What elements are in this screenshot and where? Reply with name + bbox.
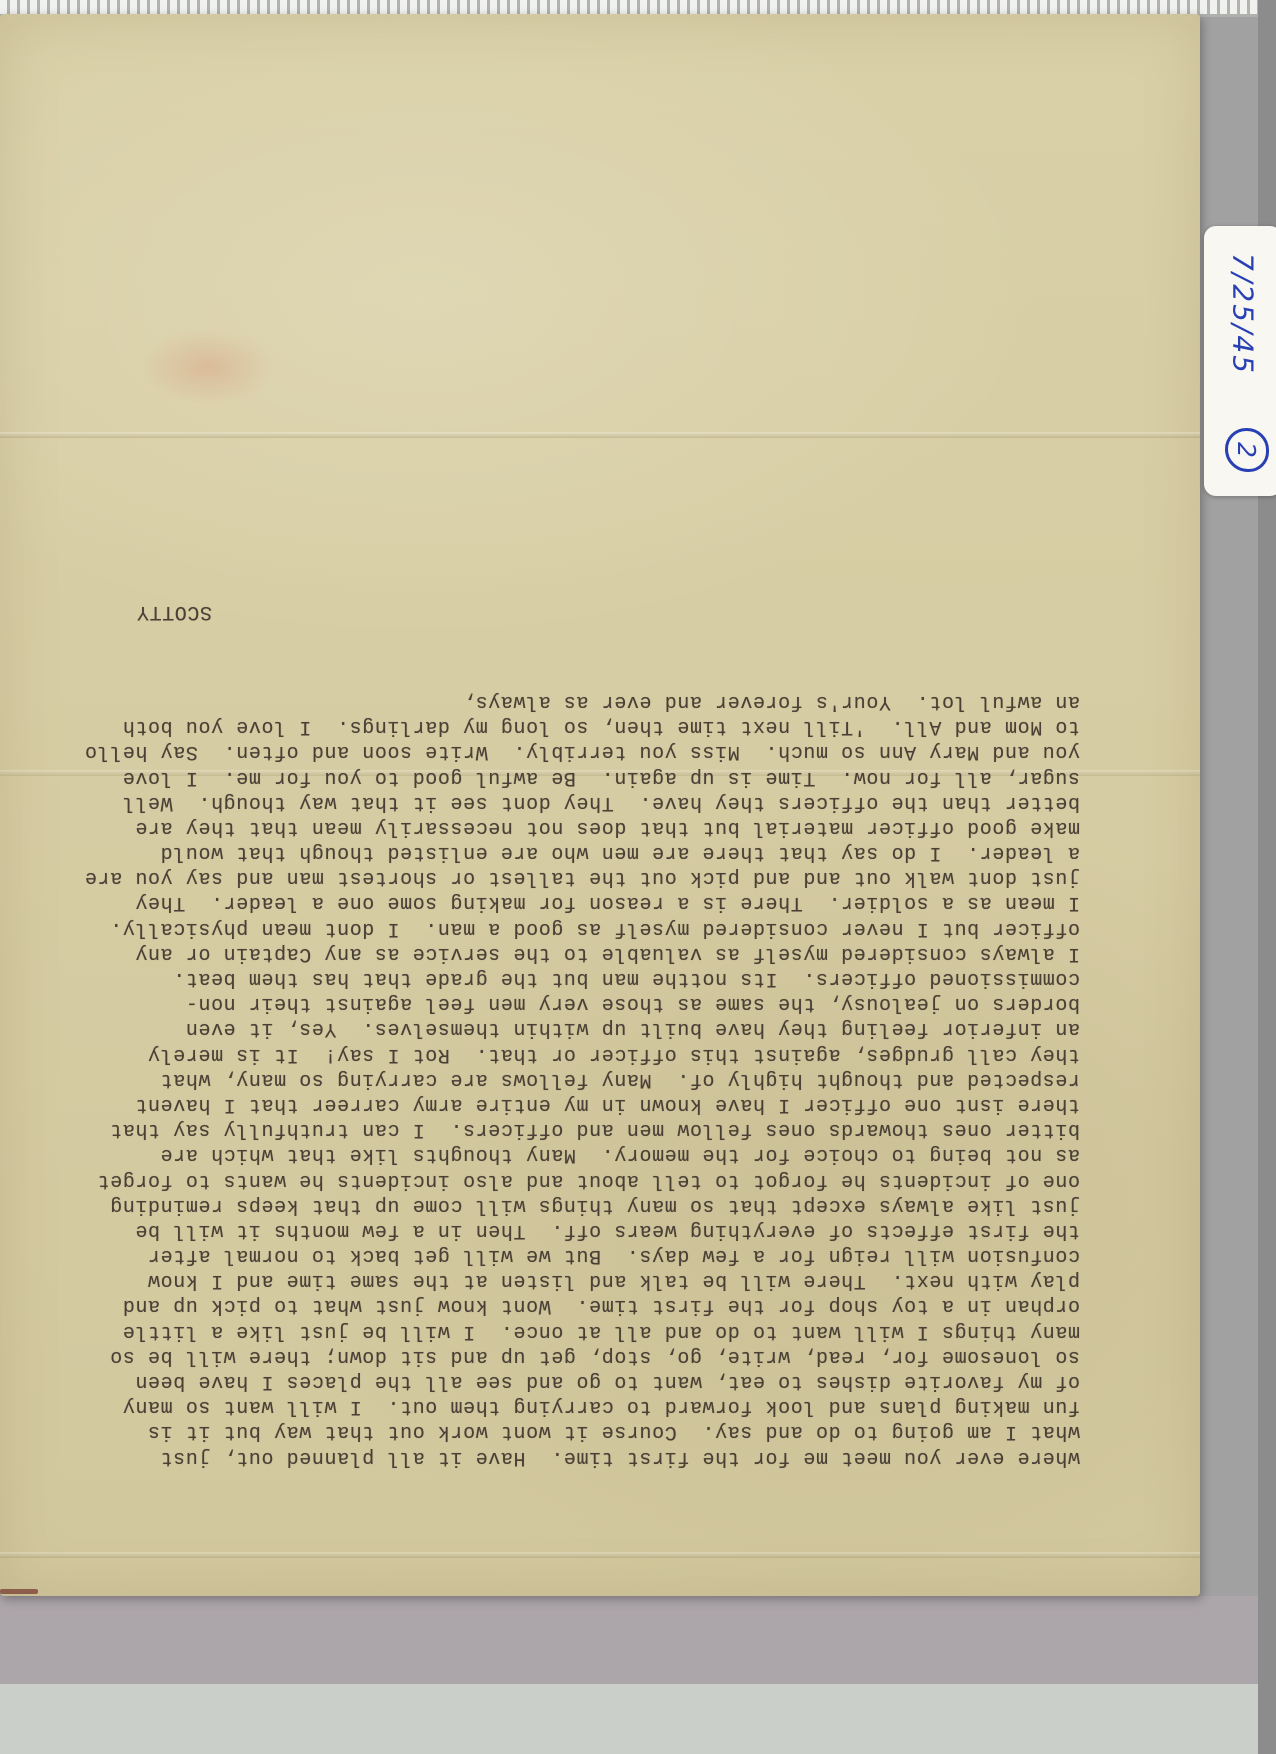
letter-line: they call grudges, against this officer … bbox=[62, 1041, 1080, 1066]
letter-line: there isnt one officer I have known in m… bbox=[62, 1092, 1080, 1117]
letter-text-block: where ever you meet me for the first tim… bbox=[62, 690, 1080, 1520]
letter-line: make good officer material but that does… bbox=[62, 815, 1080, 840]
letter-page: where ever you meet me for the first tim… bbox=[0, 14, 1200, 1596]
letter-line: of my favorite dishes to eat, want to go… bbox=[62, 1369, 1080, 1394]
letter-line: I mean as a soldier. There is a reason f… bbox=[62, 890, 1080, 915]
letter-line: one of incidents he forgot to tell about… bbox=[62, 1167, 1080, 1192]
letter-line: you and Mary Ann so much. Miss you terri… bbox=[62, 739, 1080, 764]
letter-line: borders on jealousy, the same as those v… bbox=[62, 991, 1080, 1016]
letter-line: sugar, all for now. Time is up again. Be… bbox=[62, 764, 1080, 789]
label-date: 7/25/45 bbox=[1227, 253, 1260, 375]
photo-scene: where ever you meet me for the first tim… bbox=[0, 0, 1276, 1754]
letter-line: many things I will want to do and all at… bbox=[62, 1318, 1080, 1343]
fold-crease bbox=[0, 1552, 1200, 1558]
paper-edge-mark bbox=[0, 1589, 38, 1594]
letter-line: better than the officers they have. They… bbox=[62, 790, 1080, 815]
background-band-low bbox=[0, 1684, 1276, 1754]
letter-line: an inferior feeling they have built up w… bbox=[62, 1016, 1080, 1041]
signature: SCOTTY bbox=[62, 599, 1080, 624]
letter-line: I always considered myself as valuable t… bbox=[62, 941, 1080, 966]
ink-smudge bbox=[138, 328, 278, 406]
fold-crease bbox=[0, 432, 1200, 438]
archival-label: 7/25/45 2 bbox=[1204, 226, 1276, 496]
letter-lines: where ever you meet me for the first tim… bbox=[62, 689, 1080, 1470]
letter-line: as not being to choice for the memory. M… bbox=[62, 1142, 1080, 1167]
letter-line: the first effects of everything wears of… bbox=[62, 1218, 1080, 1243]
letter-line: officer but I never considered myself as… bbox=[62, 915, 1080, 940]
letter-line: just dont walk out and and pick out the … bbox=[62, 865, 1080, 890]
letter-line: just like always except that so many thi… bbox=[62, 1193, 1080, 1218]
letter-line: bitter ones thowards ones fellow men and… bbox=[62, 1117, 1080, 1142]
letter-line: where ever you meet me for the first tim… bbox=[62, 1444, 1080, 1469]
letter-line: a leader. I do say that there are men wh… bbox=[62, 840, 1080, 865]
letter-line: play with next. There will be talk and l… bbox=[62, 1268, 1080, 1293]
letter-line: what I am going to do and say. Course it… bbox=[62, 1419, 1080, 1444]
letter-line: orphan in a toy shop for the first time.… bbox=[62, 1293, 1080, 1318]
letter-line: fun making plans and look forward to car… bbox=[62, 1394, 1080, 1419]
background-band-mid bbox=[0, 1596, 1276, 1684]
letter-line: confusion will reign for a few days. But… bbox=[62, 1243, 1080, 1268]
label-page-number: 2 bbox=[1225, 428, 1269, 472]
letter-line: an awful lot. Your's forever and ever as… bbox=[62, 689, 1080, 714]
letter-line: so lonesome for, read, write, go, stop, … bbox=[62, 1344, 1080, 1369]
letter-line: commissioned officers. Its notthe man bu… bbox=[62, 966, 1080, 991]
letter-line: respected and thought highly of. Many fe… bbox=[62, 1067, 1080, 1092]
letter-line: to Mom and All. 'Till next time then, so… bbox=[62, 714, 1080, 739]
